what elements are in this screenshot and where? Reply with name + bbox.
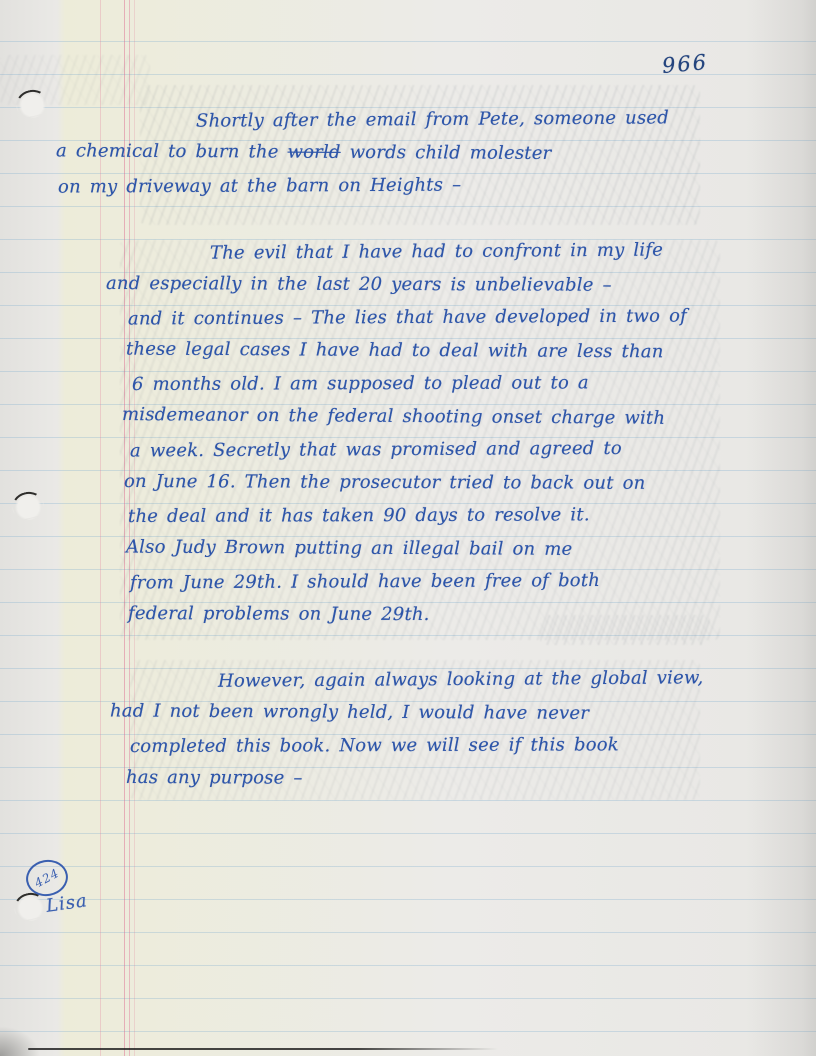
handwritten-line: a chemical to burn the world words child…: [56, 134, 669, 170]
punch-hole: [13, 87, 51, 122]
handwritten-line: federal problems on June 29th.: [128, 597, 687, 632]
notebook-page: 966 Shortly after the email from Pete, s…: [0, 0, 816, 1056]
handwritten-line: a week. Secretly that was promised and a…: [130, 432, 687, 468]
handwritten-line: these legal cases I have had to deal wit…: [126, 333, 687, 369]
handwritten-line: the deal and it has taken 90 days to res…: [128, 498, 687, 533]
corner-shadow: [0, 1026, 40, 1056]
line-text: a chemical to burn the: [56, 140, 288, 162]
punch-hole: [9, 489, 47, 524]
paragraph-3: However, again always looking at the glo…: [118, 663, 703, 795]
handwritten-line: and it continues – The lies that have de…: [128, 300, 687, 336]
paragraph-2: The evil that I have had to confront in …: [118, 235, 687, 631]
ink-bleedthrough: [0, 55, 150, 105]
handwritten-line: from June 29th. I should have been free …: [130, 564, 687, 600]
signature-scribble: Lisa: [45, 890, 89, 917]
page-number: 966: [661, 50, 709, 78]
paper-edge-shade: [746, 0, 816, 1056]
scan-edge-shadow: [28, 1048, 498, 1050]
handwritten-line: The evil that I have had to confront in …: [210, 233, 687, 269]
paragraph-1: Shortly after the email from Pete, someo…: [118, 103, 669, 202]
handwritten-line: However, again always looking at the glo…: [218, 661, 704, 697]
handwritten-line: completed this book. Now we will see if …: [130, 728, 703, 763]
handwritten-line: misdemeanor on the federal shooting onse…: [122, 398, 687, 435]
handwritten-line: 6 months old. I am supposed to plead out…: [132, 366, 687, 401]
handwritten-line: had I not been wrongly held, I would hav…: [110, 694, 704, 730]
circled-number-text: 424: [32, 866, 61, 891]
handwritten-line: on June 16. Then the prosecutor tried to…: [124, 465, 687, 500]
handwritten-line: Also Judy Brown putting an illegal bail …: [126, 531, 687, 567]
line-text: words child molester: [341, 142, 552, 164]
handwritten-line: and especially in the last 20 years is u…: [106, 267, 687, 302]
struck-word: world: [287, 142, 340, 163]
handwritten-line: has any purpose –: [126, 761, 703, 796]
handwritten-line: on my driveway at the barn on Heights –: [58, 167, 669, 203]
handwritten-line: Shortly after the email from Pete, someo…: [196, 101, 669, 137]
